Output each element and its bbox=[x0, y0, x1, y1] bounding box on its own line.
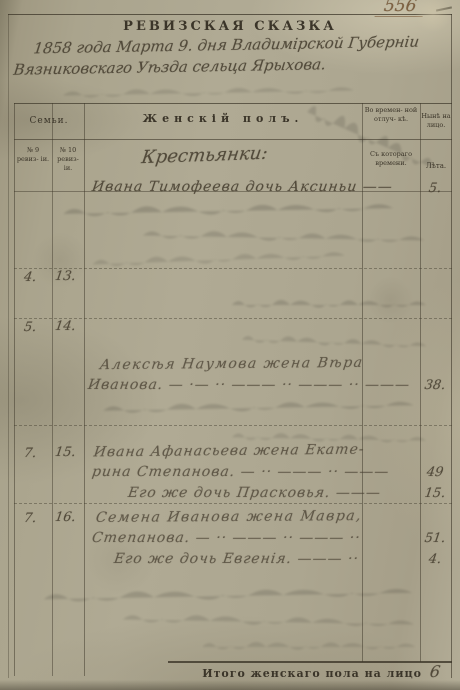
frame-right-line bbox=[451, 14, 452, 678]
page-title: РЕВИЗСКАЯ СКАЗКА bbox=[8, 19, 452, 34]
family-number-9th: 7. bbox=[23, 446, 38, 461]
handwritten-entry: Его же дочь Прасковья. ——— bbox=[127, 485, 382, 501]
document-page: 556 РЕВИЗСКАЯ СКАЗКА 1858 года Марта 9. … bbox=[0, 0, 460, 690]
handwritten-entry: Степанова. — ·· ——— ·· ——— ·· bbox=[91, 530, 362, 546]
row-divider bbox=[14, 268, 452, 269]
family-number-9th: 7. bbox=[23, 511, 38, 526]
bleed-through-scribble bbox=[60, 81, 360, 104]
age-value: 49 bbox=[417, 465, 453, 480]
age-value: 51. bbox=[417, 531, 453, 546]
col-header-absence: Во времен- ной отлуч- кѣ. bbox=[364, 106, 418, 124]
folio-tick bbox=[436, 6, 452, 11]
family-number-9th: 4. bbox=[23, 270, 38, 285]
row-divider bbox=[14, 503, 452, 504]
header-bottom-line bbox=[14, 139, 452, 140]
col-subheader-revision9: № 9 ревиз- іи. bbox=[16, 146, 50, 164]
family-number-10th: 14. bbox=[54, 319, 77, 334]
frame-left-line bbox=[8, 14, 9, 678]
age-value: 38. bbox=[417, 378, 453, 393]
family-number-10th: 15. bbox=[54, 445, 77, 460]
handwritten-entry: Иванова. — ·— ·· ——— ·· ——— ·· ——— bbox=[87, 377, 411, 393]
col-header-female-sex: Женскій полъ. bbox=[84, 112, 362, 127]
frame-top-line bbox=[8, 14, 452, 15]
handwritten-entry: Семена Иванова жена Мавра, bbox=[95, 508, 363, 526]
bleed-through-scribble bbox=[100, 395, 420, 421]
section-heading: Крестьянки: bbox=[140, 143, 269, 168]
row-divider bbox=[14, 425, 452, 426]
handwritten-entry: рина Степанова. — ·· ——— ·· ——— bbox=[91, 464, 391, 480]
bleed-through-scribble bbox=[40, 582, 420, 611]
bleed-through-scribble bbox=[230, 296, 430, 314]
row-divider bbox=[14, 318, 452, 319]
handwritten-entry: Ивана Тимофеева дочь Аксиньи —— bbox=[91, 179, 394, 195]
col-header-family: Семьи. bbox=[14, 115, 84, 127]
col-divider-fam2 bbox=[84, 103, 85, 676]
col-subheader-since-when: Съ котораго времени. bbox=[364, 150, 418, 168]
family-number-9th: 5. bbox=[23, 320, 38, 335]
table-top-line bbox=[14, 103, 452, 104]
age-value: 4. bbox=[417, 552, 453, 567]
col-divider-fam bbox=[52, 103, 53, 676]
family-number-10th: 13. bbox=[54, 269, 77, 284]
summary-rule-line bbox=[168, 661, 452, 663]
col-subheader-years: Лѣта. bbox=[421, 162, 451, 171]
handwritten-entry: Его же дочь Евгенія. ——— ·· bbox=[113, 551, 360, 567]
bleed-through-scribble bbox=[60, 197, 400, 225]
table-left-line bbox=[14, 103, 15, 676]
bleed-through-scribble bbox=[140, 225, 430, 250]
col-header-present: Нынѣ на лицо. bbox=[421, 112, 451, 130]
handwritten-entry: Ивана Афанасьева жена Екате- bbox=[93, 442, 366, 461]
family-number-10th: 16. bbox=[54, 510, 77, 525]
bleed-through-scribble bbox=[240, 331, 431, 356]
date-line: 1858 года Марта 9. дня Владимірской Губе… bbox=[32, 33, 420, 58]
age-value: 5. bbox=[417, 181, 453, 196]
summary-label: Итого женскаго пола на лицо bbox=[170, 667, 422, 680]
bleed-through-scribble bbox=[120, 609, 420, 634]
col-subheader-revision10: № 10 ревиз- іи. bbox=[53, 146, 83, 172]
age-value: 15. bbox=[417, 486, 453, 501]
place-line: Вязниковскаго Уѣзда сельца Ярыхова. bbox=[13, 55, 328, 78]
summary-total-value: 6 bbox=[429, 662, 442, 681]
handwritten-entry: Алексѣя Наумова жена Вѣра bbox=[99, 355, 365, 373]
bleed-through-scribble bbox=[200, 638, 420, 656]
bleed-through-scribble bbox=[90, 245, 351, 274]
